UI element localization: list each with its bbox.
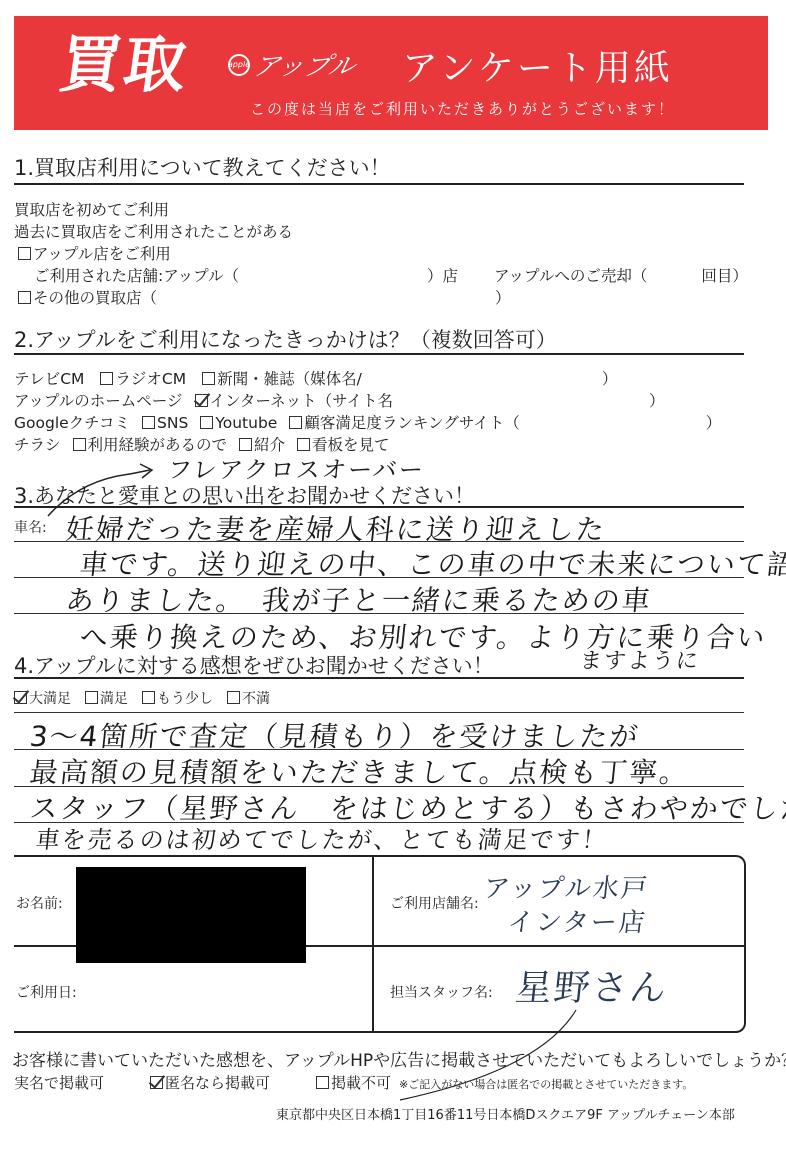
q1-option-apple-store[interactable]: アップル店をご利用 <box>18 242 171 264</box>
q4-answer-line-2[interactable]: 最高額の見積額をいただきまして。点検も丁寧。 <box>28 751 692 791</box>
paren-close: ） <box>706 414 722 432</box>
checkbox[interactable] <box>18 291 31 304</box>
option-sns[interactable]: SNS <box>157 414 188 432</box>
q4-answer-line-4[interactable]: 車を売るのは初めてでしたが、とても満足です！ <box>34 820 610 855</box>
sales-suffix: 回目） <box>701 267 748 285</box>
checkbox[interactable] <box>289 416 302 429</box>
store-name-value-2[interactable]: インター店 <box>506 902 649 939</box>
brand-name: アップル <box>250 46 359 83</box>
checkbox-checked[interactable] <box>195 394 208 407</box>
q2-rule <box>14 353 744 355</box>
option-tv-cm[interactable]: テレビCM <box>14 370 84 388</box>
option-newspaper[interactable]: 新聞・雑誌（媒体名/ <box>217 370 362 388</box>
checkbox[interactable] <box>316 1076 329 1089</box>
checkbox[interactable] <box>142 416 155 429</box>
name-label: お名前: <box>16 893 63 913</box>
consent-real-name[interactable]: 実名で掲載可 <box>14 1074 104 1092</box>
option-radio-cm[interactable]: ラジオCM <box>115 370 186 388</box>
sales-prefix: アップルへのご売却（ <box>494 267 647 285</box>
kaitori-logo: 買取 <box>56 34 193 96</box>
q1-option-label: アップル店をご利用 <box>33 245 171 263</box>
q4-title: 4.アップルに対する感想をぜひお聞かせください！ <box>14 650 494 680</box>
paren-close: ） <box>649 392 665 410</box>
q3-answer-line-1[interactable]: 妊婦だった妻を産婦人科に送り迎えした <box>64 508 608 548</box>
store-suffix: ）店 <box>427 267 458 285</box>
q1-store-line: ご利用された店舗:アップル（）店アップルへのご売却（回目） <box>34 264 748 286</box>
car-name-label: 車名: <box>14 517 47 537</box>
q2-row-1: テレビCMラジオCM新聞・雑誌（媒体名/） <box>14 367 617 389</box>
store-name-value-1[interactable]: アップル水戸 <box>482 868 651 905</box>
checkbox-checked[interactable] <box>14 691 27 704</box>
q1-option-label: 過去に買取店をご利用されたことがある <box>14 223 293 241</box>
answer-rule <box>14 613 744 614</box>
checkbox[interactable] <box>142 691 155 704</box>
checkbox-checked[interactable] <box>150 1076 163 1089</box>
option-ranking-site[interactable]: 顧客満足度ランキングサイト（ <box>304 414 519 432</box>
option-youtube[interactable]: Youtube <box>215 414 277 432</box>
option-internet[interactable]: インターネット（サイト名 <box>210 392 394 410</box>
q4-rule <box>14 677 744 679</box>
store-prefix: ご利用された店舗:アップル（ <box>34 267 239 285</box>
rating-very-satisfied[interactable]: 大満足 <box>29 691 71 707</box>
q1-title: 1.買取店利用について教えてください！ <box>14 152 391 182</box>
pen-stroke-icon <box>380 1000 620 1110</box>
answer-rule <box>14 577 744 578</box>
paren-close: ） <box>495 289 511 307</box>
q1-option-first-time[interactable]: 買取店を初めてご利用 <box>14 198 169 220</box>
brand-logo: apple アップル <box>228 46 355 83</box>
q4-ratings: 大満足満足もう少し不満 <box>14 688 270 708</box>
checkbox[interactable] <box>18 247 31 260</box>
consent-anonymous[interactable]: 匿名なら掲載可 <box>165 1074 270 1092</box>
answer-rule <box>14 749 744 750</box>
form-subtitle: この度は当店をご利用いただきありがとうございます！ <box>250 98 675 119</box>
q2-title: 2.アップルをご利用になったきっかけは？（複数回答可） <box>14 324 557 354</box>
checkbox[interactable] <box>227 691 240 704</box>
staff-name-label: 担当スタッフ名: <box>390 982 493 1002</box>
q1-option-label: 買取店を初めてご利用 <box>14 201 169 219</box>
checkbox[interactable] <box>100 372 113 385</box>
survey-header: 買取 apple アップル アンケート用紙 この度は当店をご利用いただきありがと… <box>14 16 768 130</box>
apple-logo-icon: apple <box>228 54 250 76</box>
q1-option-previous[interactable]: 過去に買取店をご利用されたことがある <box>14 220 293 242</box>
paren-close: ） <box>602 370 618 388</box>
q1-rule <box>14 183 744 185</box>
checkbox[interactable] <box>202 372 215 385</box>
rating-somewhat[interactable]: もう少し <box>157 691 213 707</box>
option-homepage[interactable]: アップルのホームページ <box>14 392 183 410</box>
checkbox[interactable] <box>200 416 213 429</box>
store-name-label: ご利用店舗名: <box>390 893 479 913</box>
q2-row-2: アップルのホームページインターネット（サイト名） <box>14 389 665 411</box>
rating-unsatisfied[interactable]: 不満 <box>242 691 270 707</box>
form-title: アンケート用紙 <box>402 40 673 91</box>
answer-rule <box>14 541 744 542</box>
name-field-redacted <box>76 867 306 963</box>
q1-option-label: その他の買取店（ <box>33 289 157 307</box>
date-label: ご利用日: <box>16 982 77 1002</box>
checkbox[interactable] <box>85 691 98 704</box>
option-google[interactable]: Googleクチコミ <box>14 414 130 432</box>
q2-row-3: GoogleクチコミSNSYoutube顧客満足度ランキングサイト（） <box>14 411 721 433</box>
answer-rule <box>14 712 744 713</box>
option-flyer[interactable]: チラシ <box>14 436 61 454</box>
q3-answer-line-5[interactable]: ますように <box>578 644 701 675</box>
rating-satisfied[interactable]: 満足 <box>100 691 128 707</box>
checkbox[interactable] <box>73 438 86 451</box>
q1-option-other[interactable]: その他の買取店（） <box>18 286 511 308</box>
